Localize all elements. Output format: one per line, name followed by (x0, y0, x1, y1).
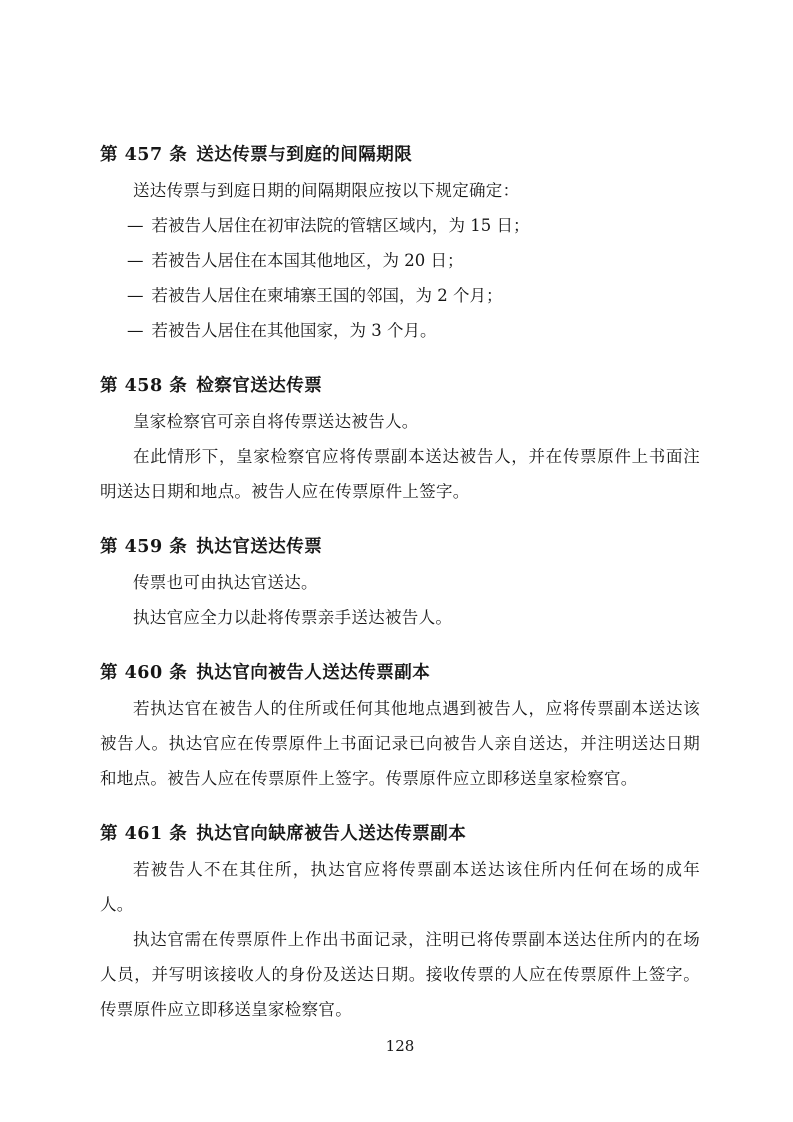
article-459: 第 459 条执达官送达传票 传票也可由执达官送达。 执达官应全力以赴将传票亲手… (100, 530, 700, 635)
article-461: 第 461 条执达官向缺席被告人送达传票副本 若被告人不在其住所，执达官应将传票… (100, 817, 700, 1027)
list-item: —若被告人居住在本国其他地区，为 20 日； (100, 243, 700, 278)
article-heading: 第 461 条执达官向缺席被告人送达传票副本 (100, 817, 700, 852)
article-heading: 第 460 条执达官向被告人送达传票副本 (100, 656, 700, 691)
dash-marker: — (127, 321, 144, 340)
article-heading: 第 458 条检察官送达传票 (100, 369, 700, 404)
dash-marker: — (127, 286, 144, 305)
list-item: —若被告人居住在其他国家，为 3 个月。 (100, 313, 700, 348)
list-item-text: 若被告人居住在初审法院的管辖区域内，为 15 日； (152, 216, 530, 235)
article-heading: 第 457 条送达传票与到庭的间隔期限 (100, 138, 700, 173)
article-458: 第 458 条检察官送达传票 皇家检察官可亲自将传票送达被告人。 在此情形下，皇… (100, 369, 700, 509)
list-item-text: 若被告人居住在本国其他地区，为 20 日； (152, 251, 464, 270)
document-page: 第 457 条送达传票与到庭的间隔期限 送达传票与到庭日期的间隔期限应按以下规定… (100, 138, 700, 1027)
article-paragraph: 执达官应全力以赴将传票亲手送达被告人。 (100, 600, 700, 635)
dash-marker: — (127, 251, 144, 270)
article-paragraph: 送达传票与到庭日期的间隔期限应按以下规定确定： (100, 173, 700, 208)
article-number: 第 461 条 (100, 824, 187, 844)
list-item-text: 若被告人居住在柬埔寨王国的邻国，为 2 个月； (152, 286, 503, 305)
article-paragraph: 在此情形下，皇家检察官应将传票副本送达被告人，并在传票原件上书面注明送达日期和地… (100, 439, 700, 509)
list-item-text: 若被告人居住在其他国家，为 3 个月。 (152, 321, 437, 340)
article-title: 执达官送达传票 (196, 537, 322, 557)
article-number: 第 459 条 (100, 537, 187, 557)
dash-marker: — (127, 216, 144, 235)
article-paragraph: 若执达官在被告人的住所或任何其他地点遇到被告人，应将传票副本送达该被告人。执达官… (100, 691, 700, 796)
article-number: 第 457 条 (100, 145, 187, 165)
page-number: 128 (100, 1036, 700, 1056)
article-heading: 第 459 条执达官送达传票 (100, 530, 700, 565)
article-number: 第 458 条 (100, 376, 187, 396)
article-title: 执达官向被告人送达传票副本 (196, 663, 430, 683)
article-title: 送达传票与到庭的间隔期限 (196, 145, 412, 165)
article-457: 第 457 条送达传票与到庭的间隔期限 送达传票与到庭日期的间隔期限应按以下规定… (100, 138, 700, 348)
article-title: 检察官送达传票 (196, 376, 322, 396)
article-paragraph: 若被告人不在其住所，执达官应将传票副本送达该住所内任何在场的成年人。 (100, 852, 700, 922)
list-item: —若被告人居住在柬埔寨王国的邻国，为 2 个月； (100, 278, 700, 313)
article-paragraph: 皇家检察官可亲自将传票送达被告人。 (100, 404, 700, 439)
article-paragraph: 传票也可由执达官送达。 (100, 565, 700, 600)
list-item: —若被告人居住在初审法院的管辖区域内，为 15 日； (100, 208, 700, 243)
article-title: 执达官向缺席被告人送达传票副本 (196, 824, 466, 844)
article-paragraph: 执达官需在传票原件上作出书面记录，注明已将传票副本送达住所内的在场人员，并写明该… (100, 922, 700, 1027)
article-number: 第 460 条 (100, 663, 187, 683)
article-460: 第 460 条执达官向被告人送达传票副本 若执达官在被告人的住所或任何其他地点遇… (100, 656, 700, 796)
